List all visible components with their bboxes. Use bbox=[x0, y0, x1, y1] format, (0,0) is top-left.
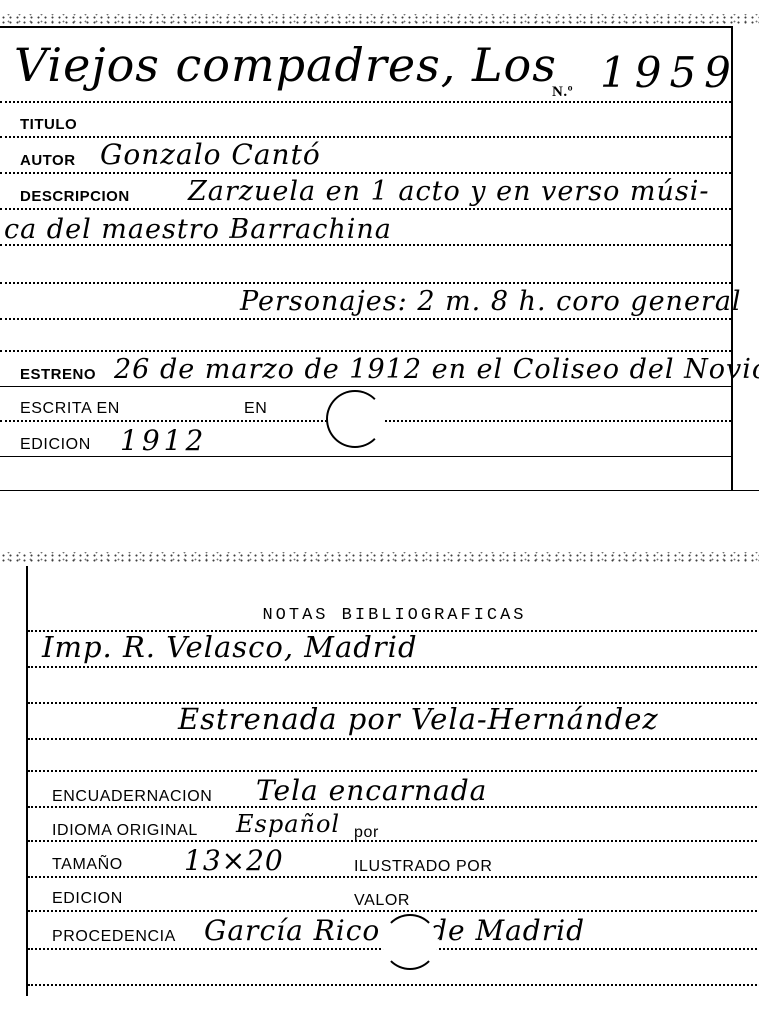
card-top-edge-texture bbox=[0, 552, 759, 562]
card-top-edge-texture bbox=[0, 14, 759, 24]
estreno-value: 26 de marzo de 1912 en el Coliseo del No… bbox=[114, 354, 759, 385]
rule bbox=[28, 876, 759, 878]
rule bbox=[28, 840, 759, 842]
descripcion-label: DESCRIPCION bbox=[20, 188, 130, 205]
rule bbox=[0, 244, 731, 246]
notes-line1: Imp. R. Velasco, Madrid bbox=[42, 630, 418, 664]
punch-hole-mark bbox=[382, 914, 438, 970]
rule bbox=[28, 984, 759, 986]
rule bbox=[0, 318, 731, 320]
rule bbox=[0, 350, 731, 352]
rule bbox=[0, 172, 731, 174]
rule bbox=[28, 806, 759, 808]
catalogue-card-back: NOTAS BIBLIOGRAFICAS Imp. R. Velasco, Ma… bbox=[26, 566, 759, 996]
rule bbox=[0, 208, 731, 210]
autor-value: Gonzalo Cantó bbox=[100, 138, 321, 171]
encuadernacion-value: Tela encarnada bbox=[256, 774, 487, 807]
rule bbox=[28, 770, 759, 772]
valor-label: VALOR bbox=[354, 892, 410, 910]
notas-heading: NOTAS BIBLIOGRAFICAS bbox=[28, 606, 759, 625]
estreno-label: ESTRENO bbox=[20, 366, 96, 383]
punch-hole-mark bbox=[326, 390, 384, 448]
tamano-value: 13×20 bbox=[184, 844, 284, 877]
rule bbox=[0, 101, 731, 103]
encuadernacion-label: ENCUADERNACION bbox=[52, 788, 212, 806]
card-separator bbox=[0, 490, 759, 491]
rule bbox=[28, 666, 759, 668]
edicion-value: 1912 bbox=[120, 424, 207, 457]
number-value: 1959 bbox=[600, 48, 739, 97]
procedencia-label: PROCEDENCIA bbox=[52, 928, 176, 946]
descripcion-value-line3: Personajes: 2 m. 8 h. coro general bbox=[240, 286, 742, 317]
descripcion-value-line2: ca del maestro Barrachina bbox=[4, 214, 392, 245]
rule bbox=[0, 386, 731, 387]
rule bbox=[28, 738, 759, 740]
idioma-original-label: IDIOMA ORIGINAL bbox=[52, 822, 198, 840]
rule bbox=[0, 456, 731, 457]
titulo-label: TITULO bbox=[20, 116, 77, 133]
descripcion-value-line1: Zarzuela en 1 acto y en verso músi- bbox=[188, 176, 710, 207]
idioma-original-value: Español bbox=[236, 810, 340, 838]
edicion-label: EDICION bbox=[20, 436, 91, 454]
edicion-back-label: EDICION bbox=[52, 890, 123, 908]
number-label: N.º bbox=[552, 84, 573, 101]
tamano-label: TAMAÑO bbox=[52, 856, 123, 874]
autor-label: AUTOR bbox=[20, 152, 76, 169]
notes-line2: Estrenada por Vela-Hernández bbox=[178, 702, 659, 736]
ilustrado-por-label: ILUSTRADO POR bbox=[354, 858, 493, 876]
rule bbox=[28, 910, 759, 912]
en-label: EN bbox=[244, 400, 267, 418]
escrita-en-label: ESCRITA EN bbox=[20, 400, 120, 418]
catalogue-card-front: Viejos compadres, Los N.º 1959 TITULO AU… bbox=[0, 26, 733, 490]
title-value: Viejos compadres, Los bbox=[14, 38, 557, 92]
rule bbox=[0, 282, 731, 284]
